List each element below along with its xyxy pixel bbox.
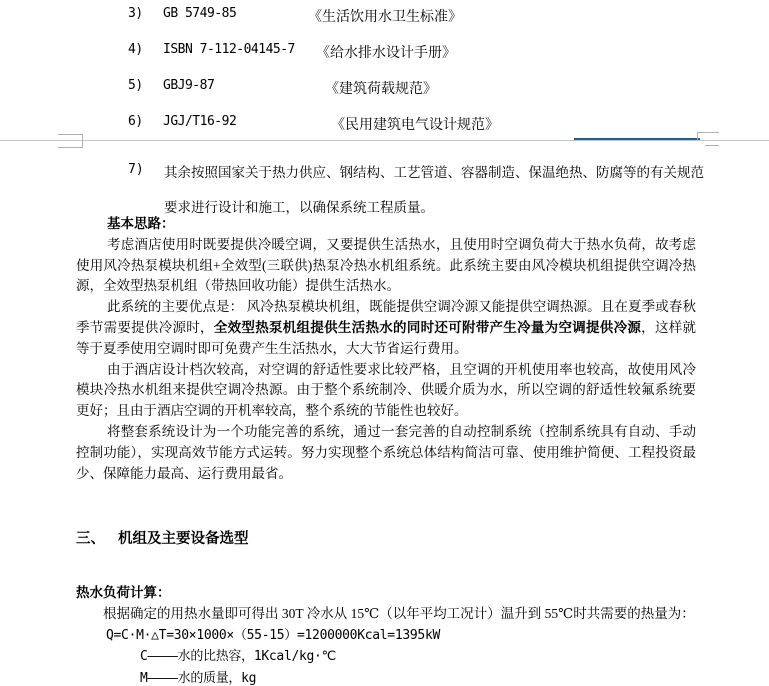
reference-item7-line1: 其余按照国家关于热力供应、钢结构、工艺管道、容器制造、保温绝热、防腐等的有关规范 — [164, 161, 704, 181]
hot-water-def-m: M————水的质量，kg — [76, 668, 736, 686]
paragraph-4: 将整套系统设计为一个功能完善的系统，通过一套完善的自动控制系统（控制系统具有自动… — [76, 422, 696, 484]
page-break-rule — [0, 140, 769, 141]
reference-code: JGJ/T16-92 — [163, 114, 236, 129]
paragraph-2-bold: 全效型热泵机组提供生活热水的同时还可附带产生冷量为空调提供冷源 — [214, 320, 641, 335]
page-corner-mark-right-top — [697, 132, 719, 133]
basic-idea-section: 基本思路： 考虑酒店使用时既要提供冷暖空调，又要提供生活热水，且使用时空调负荷大… — [76, 214, 696, 484]
reference-row: 4) ISBN 7-112-04145-7 《给水排水设计手册》 — [0, 42, 769, 60]
reference-number: 7) — [128, 162, 144, 177]
reference-number: 4) — [128, 42, 143, 57]
hot-water-heading: 热水负荷计算： — [76, 582, 736, 603]
paragraph-3: 由于酒店设计档次较高，对空调的舒适性要求比较严格，且空调的开机使用率也较高，故使… — [76, 360, 696, 422]
paragraph-1: 考虑酒店使用时既要提供冷暖空调，又要提供生活热水，且使用时空调负荷大于热水负荷，… — [76, 235, 696, 297]
reference-code: GB 5749-85 — [163, 6, 236, 21]
reference-item7-line2: 要求进行设计和施工，以确保系统工程质量。 — [164, 196, 434, 216]
reference-title: 《民用建筑电气设计规范》 — [331, 114, 499, 134]
reference-number: 5) — [128, 78, 143, 93]
reference-title: 《给水排水设计手册》 — [316, 42, 456, 62]
hot-water-calc-section: 热水负荷计算： 根据确定的用热水量即可得出 30T 冷水从 15℃（以年平均工况… — [76, 582, 736, 686]
page-corner-mark-left — [58, 134, 83, 148]
reference-row: 3) GB 5749-85 《生活饮用水卫生标准》 — [0, 6, 769, 24]
reference-row: 6) JGJ/T16-92 《民用建筑电气设计规范》 — [0, 114, 769, 132]
reference-code: ISBN 7-112-04145-7 — [163, 42, 295, 57]
reference-row: 5) GBJ9-87 《建筑荷载规范》 — [0, 78, 769, 96]
reference-number: 6) — [128, 114, 143, 129]
basic-idea-heading: 基本思路： — [76, 214, 696, 235]
page-break-accent-line — [574, 138, 700, 140]
paragraph-2: 此系统的主要优点是： 风冷热泵模块机组，既能提供空调冷源又能提供空调热源。且在夏… — [76, 297, 696, 359]
page-corner-mark-right — [697, 132, 698, 140]
reference-title: 《生活饮用水卫生标准》 — [308, 6, 462, 26]
reference-title: 《建筑荷载规范》 — [325, 78, 437, 98]
page-corner-mark-right-lower — [705, 145, 719, 146]
word-document-page: 3) GB 5749-85 《生活饮用水卫生标准》 4) ISBN 7-112-… — [0, 0, 769, 686]
section-number: 三、 — [76, 531, 105, 547]
hot-water-formula: Q=C·M·△T=30×1000×（55-15）=1200000Kcal=139… — [76, 625, 736, 646]
hot-water-def-c: C————水的比热容，1Kcal/kg·℃ — [76, 646, 736, 667]
section-title: 机组及主要设备选型 — [118, 531, 249, 547]
section-heading: 三、机组及主要设备选型 — [76, 527, 249, 548]
reference-code: GBJ9-87 — [163, 78, 214, 93]
hot-water-intro: 根据确定的用热水量即可得出 30T 冷水从 15℃（以年平均工况计）温升到 55… — [76, 603, 736, 624]
reference-number: 3) — [128, 6, 143, 21]
